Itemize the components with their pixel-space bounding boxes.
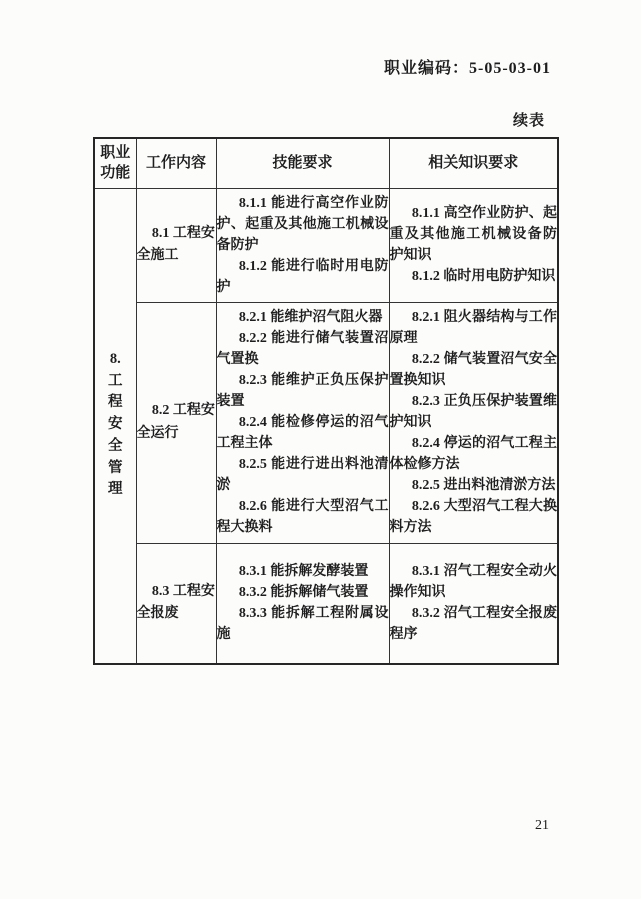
work-content-text: 8.1 工程安全施工 <box>137 223 216 268</box>
skill-item: 8.2.3 能维护正负压保护装置 <box>217 370 389 412</box>
function-cell-8: 8. 工程安全管理 <box>94 188 136 664</box>
function-label-vertical: 工程安全管理 <box>107 371 123 502</box>
continued-table-label: 续表 <box>513 109 545 130</box>
skill-item: 8.2.4 能检修停运的沼气工程主体 <box>217 412 389 454</box>
skills-cell-8-3: 8.3.1 能拆解发酵装置 8.3.2 能拆解储气装置 8.3.3 能拆解工程附… <box>216 543 389 664</box>
skill-item: 8.2.1 能维护沼气阻火器 <box>217 307 389 328</box>
knowledge-item: 8.2.3 正负压保护装置维护知识 <box>390 391 558 433</box>
work-content-cell-8-1: 8.1 工程安全施工 <box>136 188 216 302</box>
knowledge-item: 8.3.2 沼气工程安全报废程序 <box>390 603 558 645</box>
table-row-8-3: 8.3 工程安全报废 8.3.1 能拆解发酵装置 8.3.2 能拆解储气装置 8… <box>94 543 558 664</box>
skills-cell-8-1: 8.1.1 能进行高空作业防护、起重及其他施工机械设备防护 8.1.2 能进行临… <box>216 188 389 302</box>
knowledge-cell-8-1: 8.1.1 高空作业防护、起重及其他施工机械设备防护知识 8.1.2 临时用电防… <box>389 188 558 302</box>
header-cell-function: 职业功能 <box>94 138 136 188</box>
knowledge-item: 8.3.1 沼气工程安全动火操作知识 <box>390 561 558 603</box>
knowledge-item: 8.1.1 高空作业防护、起重及其他施工机械设备防护知识 <box>390 203 558 266</box>
header-cell-knowledge-requirements: 相关知识要求 <box>389 138 558 188</box>
skill-item: 8.2.5 能进行进出料池清淤 <box>217 454 389 496</box>
knowledge-cell-8-3: 8.3.1 沼气工程安全动火操作知识 8.3.2 沼气工程安全报废程序 <box>389 543 558 664</box>
skill-item: 8.1.1 能进行高空作业防护、起重及其他施工机械设备防护 <box>217 193 389 256</box>
document-page: 职业编码：5-05-03-01 续表 职业功能 工作内容 技能要求 相关知识要求… <box>0 0 641 899</box>
table-row-8-1: 8. 工程安全管理 8.1 工程安全施工 8.1.1 能进行高空作业防护、起重及… <box>94 188 558 302</box>
skill-item: 8.2.6 能进行大型沼气工程大换料 <box>217 496 389 538</box>
standard-requirements-table: 职业功能 工作内容 技能要求 相关知识要求 8. 工程安全管理 8.1 工程安全… <box>93 137 559 665</box>
function-number: 8. <box>95 351 136 368</box>
header-cell-work-content: 工作内容 <box>136 138 216 188</box>
knowledge-item: 8.2.6 大型沼气工程大换料方法 <box>390 496 558 538</box>
work-content-cell-8-3: 8.3 工程安全报废 <box>136 543 216 664</box>
work-content-text: 8.3 工程安全报废 <box>137 581 216 626</box>
skill-item: 8.1.2 能进行临时用电防护 <box>217 256 389 298</box>
skills-cell-8-2: 8.2.1 能维护沼气阻火器 8.2.2 能进行储气装置沼气置换 8.2.3 能… <box>216 302 389 543</box>
table-header-row: 职业功能 工作内容 技能要求 相关知识要求 <box>94 138 558 188</box>
knowledge-item: 8.1.2 临时用电防护知识 <box>390 266 558 287</box>
knowledge-item: 8.2.4 停运的沼气工程主体检修方法 <box>390 433 558 475</box>
skill-item: 8.2.2 能进行储气装置沼气置换 <box>217 328 389 370</box>
work-content-cell-8-2: 8.2 工程安全运行 <box>136 302 216 543</box>
table-row-8-2: 8.2 工程安全运行 8.2.1 能维护沼气阻火器 8.2.2 能进行储气装置沼… <box>94 302 558 543</box>
header-cell-skill-requirements: 技能要求 <box>216 138 389 188</box>
skill-item: 8.3.2 能拆解储气装置 <box>217 582 389 603</box>
occupation-code: 职业编码：5-05-03-01 <box>384 55 551 78</box>
knowledge-item: 8.2.1 阻火器结构与工作原理 <box>390 307 558 349</box>
knowledge-cell-8-2: 8.2.1 阻火器结构与工作原理 8.2.2 储气装置沼气安全置换知识 8.2.… <box>389 302 558 543</box>
page-number: 21 <box>527 818 557 834</box>
skill-item: 8.3.1 能拆解发酵装置 <box>217 561 389 582</box>
knowledge-item: 8.2.2 储气装置沼气安全置换知识 <box>390 349 558 391</box>
skill-item: 8.3.3 能拆解工程附属设施 <box>217 603 389 645</box>
work-content-text: 8.2 工程安全运行 <box>137 400 216 445</box>
knowledge-item: 8.2.5 进出料池清淤方法 <box>390 475 558 496</box>
